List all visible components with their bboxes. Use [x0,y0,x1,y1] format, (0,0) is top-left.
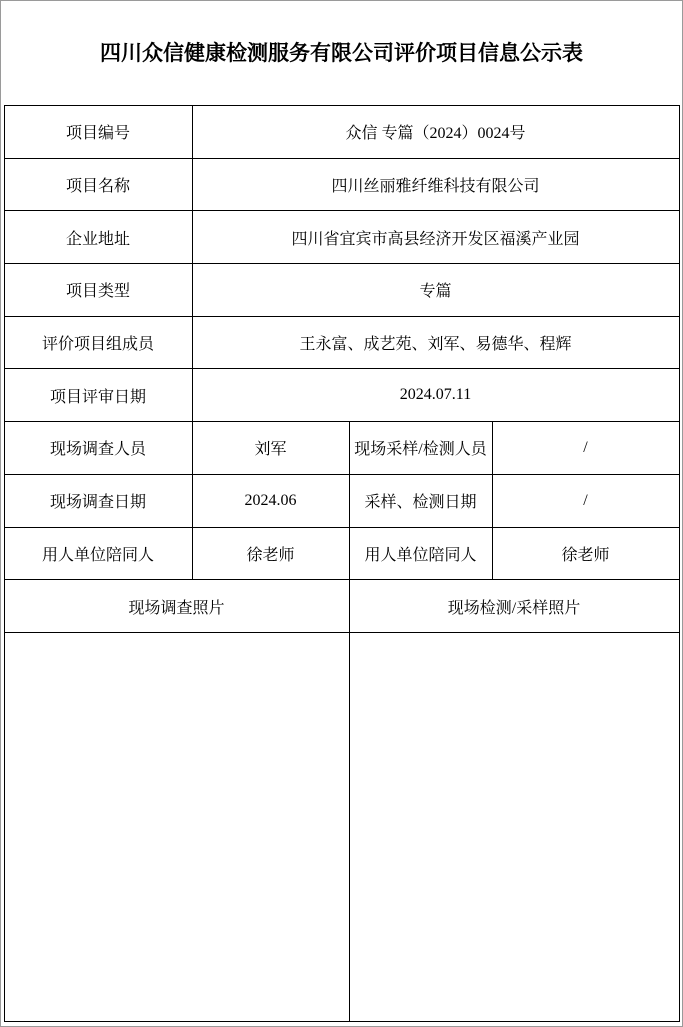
field-value: 四川省宜宾市高县经济开发区福溪产业园 [192,211,679,264]
survey-photo-header: 现场调查照片 [4,580,349,633]
field-value: / [492,422,679,475]
page-title: 四川众信健康检测服务有限公司评价项目信息公示表 [0,0,683,65]
project-info-table: 项目编号 众信 专篇（2024）0024号 项目名称 四川丝丽雅纤维科技有限公司… [4,105,680,1022]
field-label: 现场调查日期 [4,474,192,527]
field-label: 现场调查人员 [4,422,192,475]
field-label: 采样、检测日期 [349,474,492,527]
field-label: 评价项目组成员 [4,316,192,369]
field-value: 众信 专篇（2024）0024号 [192,106,679,159]
table-row-project-type: 项目类型 专篇 [4,264,679,317]
sampling-photo-header: 现场检测/采样照片 [349,580,679,633]
field-value: 徐老师 [192,527,349,580]
field-value: 2024.06 [192,474,349,527]
sampling-photo-area [349,632,679,1021]
field-value: 2024.07.11 [192,369,679,422]
table-row-project-name: 项目名称 四川丝丽雅纤维科技有限公司 [4,158,679,211]
table-row-photo-headers: 现场调查照片 现场检测/采样照片 [4,580,679,633]
field-label: 项目评审日期 [4,369,192,422]
table-row-photo-areas [4,632,679,1021]
field-label: 企业地址 [4,211,192,264]
field-value: 四川丝丽雅纤维科技有限公司 [192,158,679,211]
field-label: 用人单位陪同人 [4,527,192,580]
table-row-team-members: 评价项目组成员 王永富、成艺苑、刘军、易德华、程辉 [4,316,679,369]
table-row-project-number: 项目编号 众信 专篇（2024）0024号 [4,106,679,159]
table-row-review-date: 项目评审日期 2024.07.11 [4,369,679,422]
field-label: 用人单位陪同人 [349,527,492,580]
table-row-survey-personnel: 现场调查人员 刘军 现场采样/检测人员 / [4,422,679,475]
document-page: 四川众信健康检测服务有限公司评价项目信息公示表 项目编号 众信 专篇（2024）… [0,0,683,1027]
field-value: 刘军 [192,422,349,475]
field-value: 徐老师 [492,527,679,580]
field-label: 项目名称 [4,158,192,211]
field-value: / [492,474,679,527]
table-row-company-address: 企业地址 四川省宜宾市高县经济开发区福溪产业园 [4,211,679,264]
field-value: 王永富、成艺苑、刘军、易德华、程辉 [192,316,679,369]
field-label: 项目类型 [4,264,192,317]
table-row-survey-date: 现场调查日期 2024.06 采样、检测日期 / [4,474,679,527]
survey-photo-area [4,632,349,1021]
field-label: 项目编号 [4,106,192,159]
table-row-employer-escort: 用人单位陪同人 徐老师 用人单位陪同人 徐老师 [4,527,679,580]
field-label: 现场采样/检测人员 [349,422,492,475]
field-value: 专篇 [192,264,679,317]
